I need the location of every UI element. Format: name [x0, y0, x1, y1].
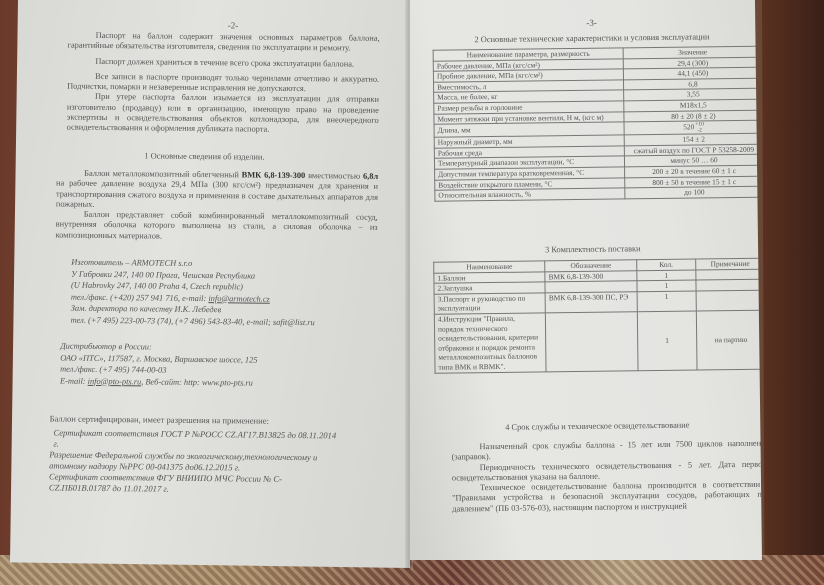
- kit-item-note: [696, 269, 762, 280]
- product-volume: 6,8л: [363, 172, 378, 181]
- kit-item-note: на партию: [696, 310, 762, 369]
- product-model: ВМК 6,8-139-300: [242, 170, 306, 180]
- kit-item-note: [696, 290, 762, 311]
- text-fragment: E-mail:: [60, 376, 88, 385]
- specs-table: Наименование параметра, размерность Знач…: [433, 46, 762, 202]
- product-construction: Баллон представляет собой комбинированны…: [55, 210, 377, 244]
- background-edge: [762, 0, 824, 555]
- kit-item-quantity: 1: [637, 311, 696, 370]
- certificate-item: Сертификат соответствия ФГУ ВНИИПО МЧС Р…: [49, 471, 339, 496]
- page-number: -2-: [228, 20, 239, 30]
- manufacturer-email-link[interactable]: info@armotech.cz: [208, 294, 270, 304]
- intro-paragraph: При утере паспорта баллон изымается из э…: [67, 92, 379, 136]
- certificate-item: Разрешение Федеральной службы по экологи…: [49, 449, 339, 474]
- section-3-title: 3 Комплектность поставки: [545, 244, 641, 254]
- text-fragment: Баллон металлокомпозитный облегченный: [84, 169, 242, 180]
- certification-block: Баллон сертифицирован, имеет разрешения …: [49, 413, 340, 496]
- length-tolerance: +10-2: [695, 122, 704, 134]
- column-header: Кол.: [637, 259, 696, 270]
- column-header: Примечание: [695, 258, 762, 269]
- kit-item-quantity: 1: [637, 270, 696, 281]
- page-3: -3- 2 Основные технические характеристик…: [410, 0, 762, 560]
- text-fragment: вместимостью: [305, 171, 363, 181]
- distributor-web: E-mail: info@pto-pts.ru, Веб-сайт: http:…: [60, 375, 380, 390]
- kit-item-name: 3.Паспорт и руководство по эксплуатации: [434, 293, 545, 315]
- length-value: 520: [683, 122, 694, 131]
- quality-director-contact: тел. (+7 495) 223-00-73 (74), (+7 496) 5…: [71, 314, 391, 329]
- section-4-title: 4 Срок службы и техническое освидетельст…: [505, 421, 689, 432]
- distributor-block: Дистрибьютор в России: ОАО «ПТС», 117587…: [60, 341, 380, 390]
- inspection-rules-paragraph: Техническое освидетельствование баллона …: [452, 480, 762, 515]
- kit-item-quantity: 1: [637, 291, 696, 312]
- spec-value: до 100: [625, 186, 762, 198]
- kit-row: 4.Инструкция "Правила, порядок техническ…: [434, 310, 762, 373]
- page-number: -3-: [586, 18, 597, 28]
- kit-table: Наименование Обозначение Кол. Примечание…: [433, 258, 762, 374]
- intro-paragraph: Паспорт должен храниться в течение всего…: [67, 56, 379, 70]
- spec-parameter: Относительная влажность, %: [435, 188, 625, 201]
- product-description: Баллон металлокомпозитный облегченный ВМ…: [56, 168, 378, 213]
- kit-item-designation: [546, 312, 639, 372]
- certification-title: Баллон сертифицирован, имеет разрешения …: [50, 413, 340, 427]
- section-1-text: Баллон металлокомпозитный облегченный ВМ…: [55, 168, 378, 243]
- intro-paragraph: Паспорт на баллон содержит значения осно…: [67, 31, 379, 55]
- distributor-email-link[interactable]: info@pto-pts.ru: [88, 376, 142, 386]
- kit-item-quantity: 1: [637, 280, 696, 291]
- manufacturer-block: Изготовитель – ARMOTECH s.r.o У Габровки…: [71, 257, 392, 329]
- section-4-text: Назначенный срок службы баллона - 15 лет…: [451, 439, 762, 515]
- text-fragment: тел./факс. (+420) 257 941 716, e-mail:: [71, 292, 209, 302]
- certificate-item: Сертификат соответствия ГОСТ Р №РОСС CZ.…: [49, 427, 339, 452]
- kit-item-designation: ВМК 6,8-139-300 ПС, РЭ: [545, 292, 637, 313]
- kit-item-name: 4.Инструкция "Правила, порядок техническ…: [434, 313, 546, 373]
- section-2-title: 2 Основные технические характеристики и …: [474, 32, 709, 44]
- text-fragment: на рабочее давление воздуха 29,4 МПа (30…: [56, 179, 378, 209]
- tolerance-lower: -2: [695, 128, 704, 134]
- page-2: -2- Паспорт на баллон содержит значения …: [10, 0, 410, 568]
- kit-item-note: [696, 279, 762, 290]
- text-fragment: , Веб-сайт: http: www.pto-pts.ru: [141, 377, 253, 387]
- intro-text: Паспорт на баллон содержит значения осно…: [67, 31, 380, 137]
- section-1-title: 1 Основные сведения об изделии.: [144, 151, 264, 161]
